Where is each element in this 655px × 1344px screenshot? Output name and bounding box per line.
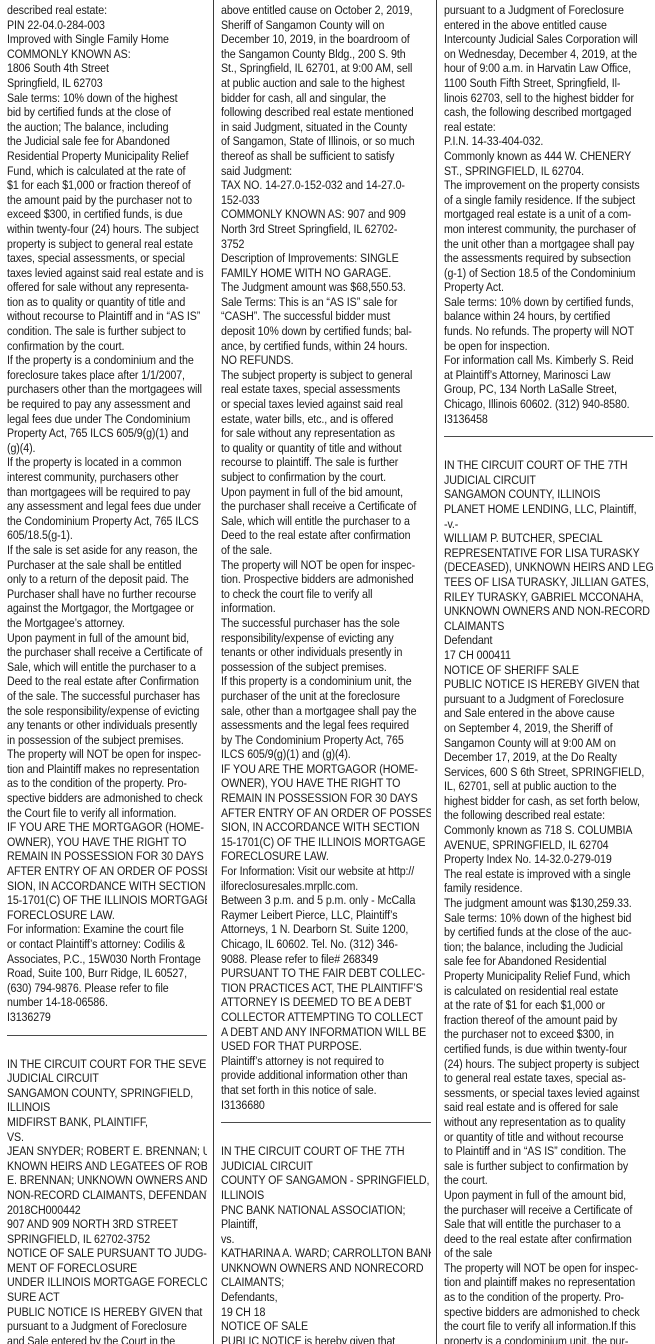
notice-text-line: linois 62703, sell to the highest bidder… xyxy=(444,91,624,106)
notice-text-line: tion and Plaintiff makes no representati… xyxy=(7,762,179,777)
notice-text-line: IL, 62701, sell at public auction to the xyxy=(444,779,624,794)
notice-text-line: confirmation by the court. xyxy=(7,339,179,354)
notice-text-line: ILCS 605/9(g)(1) and (g)(4). xyxy=(221,747,402,762)
notice-text-line: MIDFIRST BANK, PLAINTIFF, xyxy=(7,1115,179,1130)
notice-text-line: Commonly known as 718 S. COLUMBIA xyxy=(444,823,624,838)
notice-text-line: condition. The sale is further subject t… xyxy=(7,324,179,339)
notice-text-line: For Information: Visit our website at ht… xyxy=(221,864,402,879)
notice-text-line: 15-1701(C) OF THE ILLINOIS MORTGAGE xyxy=(7,893,179,908)
notice-text-line: 2018CH000442 xyxy=(7,1203,179,1218)
notice-text-line: SION, IN ACCORDANCE WITH SECTION xyxy=(221,820,402,835)
notice-text-line: UNKNOWN OWNERS AND NONRECORD xyxy=(221,1261,402,1276)
notice-text-line: recourse to plaintiff. The sale is furth… xyxy=(221,455,402,470)
notice-text-line: as to the condition of the property. Pro… xyxy=(7,776,179,791)
notice-text-line: AFTER ENTRY OF AN ORDER OF POSSES- xyxy=(221,806,402,821)
notice-text-line: IF YOU ARE THE MORTGAGOR (HOME- xyxy=(221,762,402,777)
notice-text-line: said Judgment: xyxy=(221,164,402,179)
notice-text-line: (g-1) of Section 18.5 of the Condominium xyxy=(444,266,624,281)
notice-text-line: to quality or quantity of title and with… xyxy=(221,441,402,456)
notice-text-line: NOTICE OF SALE PURSUANT TO JUDG- xyxy=(7,1246,179,1261)
notice-text-line: the purchaser shall receive a Certificat… xyxy=(221,499,402,514)
notice-text-line: IN THE CIRCUIT COURT OF THE 7TH xyxy=(444,458,624,473)
notice-text-line: on September 4, 2019, the Sheriff of xyxy=(444,721,624,736)
legal-notice: pursuant to a Judgment of Foreclosureent… xyxy=(444,3,653,426)
notice-text-line: Upon payment in full of the amount bid, xyxy=(7,631,179,646)
notice-text-line: Sale, which will entitle the purchaser t… xyxy=(7,660,179,675)
notice-text-line: Springfield, IL 62703 xyxy=(7,76,179,91)
notice-text-line: 605/18.5(g-1). xyxy=(7,528,179,543)
notice-text-line: spective bidders are admonished to check xyxy=(444,1305,624,1320)
notice-text-line: 152-033 xyxy=(221,193,402,208)
notice-text-line: the Condominium Property Act, 765 ILCS xyxy=(7,514,179,529)
notice-text-line: Sangamon County will at 9:00 AM on xyxy=(444,736,624,751)
notice-text-line: NON-RECORD CLAIMANTS, DEFENDANTS. xyxy=(7,1188,179,1203)
notice-text-line: REPRESENTATIVE FOR LISA TURASKY xyxy=(444,546,624,561)
notice-text-line: UNDER ILLINOIS MORTGAGE FORECLO- xyxy=(7,1275,179,1290)
notice-text-line: If the property is located in a common xyxy=(7,455,179,470)
notice-text-line: December 10, 2019, in the boardroom of xyxy=(221,32,402,47)
notice-text-line: tenants or other individuals presently i… xyxy=(221,645,402,660)
notice-text-line: ance, by certified funds, within 24 hour… xyxy=(221,339,402,354)
notice-text-line: tion; the balance, including the Judicia… xyxy=(444,940,624,955)
notice-text-line: pursuant to a Judgment of Foreclosure xyxy=(444,3,624,18)
notice-text-line: only to a return of the deposit paid. Th… xyxy=(7,572,179,587)
notice-text-line: A DEBT AND ANY INFORMATION WILL BE xyxy=(221,1025,402,1040)
notice-text-line: SION, IN ACCORDANCE WITH SECTION xyxy=(7,879,179,894)
notice-text-line: SANGAMON COUNTY, ILLINOIS xyxy=(444,487,624,502)
notice-text-line: (630) 794-9876. Please refer to file xyxy=(7,981,179,996)
notice-text-line: The property will NOT be open for inspec… xyxy=(221,558,402,573)
notice-text-line: of the sale xyxy=(444,1246,624,1261)
notice-text-line: provide additional information other tha… xyxy=(221,1068,402,1083)
notice-text-line: Purchaser shall have no further recourse xyxy=(7,587,179,602)
notice-text-line: COMMONLY KNOWN AS: 907 and 909 xyxy=(221,207,402,222)
notice-text-line: For information call Ms. Kimberly S. Rei… xyxy=(444,353,624,368)
notice-text-line: IN THE CIRCUIT COURT FOR THE SEVENTH xyxy=(7,1057,179,1072)
notice-text-line: the amount paid by the purchaser not to xyxy=(7,193,179,208)
notice-text-line: highest bidder for cash, as set forth be… xyxy=(444,794,624,809)
notice-text-line: JEAN SNYDER; ROBERT E. BRENNAN; UN- xyxy=(7,1144,179,1159)
notice-text-line: legal fees due under The Condominium xyxy=(7,412,179,427)
notice-text-line: If the property is a condominium and the xyxy=(7,353,179,368)
notice-text-line: Sale that will entitle the purchaser to … xyxy=(444,1217,624,1232)
notice-text-line: and Sale entered by the Court in the xyxy=(7,1334,179,1344)
notice-separator-rule xyxy=(221,1122,431,1123)
notice-text-line: or special taxes levied against said rea… xyxy=(221,397,402,412)
notice-text-line: Property Act. xyxy=(444,280,624,295)
notice-text-line: Services, 600 S 6th Street, SPRINGFIELD, xyxy=(444,765,624,780)
notice-text-line: funds. No refunds. The property will NOT xyxy=(444,324,624,339)
notice-text-line: FAMILY HOME WITH NO GARAGE. xyxy=(221,266,402,281)
notice-text-line: PURSUANT TO THE FAIR DEBT COLLEC- xyxy=(221,966,402,981)
notice-text-line: SANGAMON COUNTY, SPRINGFIELD, xyxy=(7,1086,179,1101)
notice-text-line: UNKNOWN OWNERS AND NON-RECORD xyxy=(444,604,624,619)
notice-text-line: Sale terms: 10% down of the highest bid xyxy=(444,911,624,926)
notice-text-line: TAX NO. 14-27.0-152-032 and 14-27.0- xyxy=(221,178,402,193)
notice-text-line: family residence. xyxy=(444,881,624,896)
notice-text-line: any assessment and legal fees due under xyxy=(7,499,179,514)
notice-text-line: I3136680 xyxy=(221,1098,402,1113)
notice-text-line: balance within 24 hours, by certified xyxy=(444,309,624,324)
column-divider xyxy=(213,0,214,1344)
notice-text-line: Upon payment in full of the amount bid, xyxy=(444,1188,624,1203)
notice-text-line: subject to confirmation by the court. xyxy=(221,470,402,485)
notice-text-line: possession of the subject premises. xyxy=(221,660,402,675)
notice-text-line: the Sangamon County Bldg., 200 S. 9th xyxy=(221,47,402,62)
notice-text-line: sale is further subject to confirmation … xyxy=(444,1159,624,1174)
notice-text-line: real estate taxes, special assessments xyxy=(221,382,402,397)
notice-text-line: mon interest community, the purchaser of xyxy=(444,222,624,237)
notice-text-line: sale fee for Abandoned Residential xyxy=(444,954,624,969)
notice-text-line: in said Judgment, situated in the County xyxy=(221,120,402,135)
notice-text-line: sale, other than a mortgagee shall pay t… xyxy=(221,704,402,719)
notice-text-line: (DECEASED), UNKNOWN HEIRS AND LEGA- xyxy=(444,560,624,575)
notice-text-line: as to the condition of the property. Pro… xyxy=(444,1290,624,1305)
notice-text-line: ilforeclosuresales.mrpllc.com. xyxy=(221,879,402,894)
notice-text-line: VS. xyxy=(7,1130,179,1145)
notice-text-line: Sale terms: 10% down by certified funds, xyxy=(444,295,624,310)
notice-text-line: “CASH”. The successful bidder must xyxy=(221,309,402,324)
notice-text-line: Road, Suite 100, Burr Ridge, IL 60527, xyxy=(7,966,179,981)
notice-text-line: CLAIMANTS; xyxy=(221,1275,402,1290)
notice-text-line: described real estate: xyxy=(7,3,179,18)
notice-text-line: 19 CH 18 xyxy=(221,1305,402,1320)
notice-text-line: said real estate and is offered for sale xyxy=(444,1100,624,1115)
notice-text-line: estate, water bills, etc., and is offere… xyxy=(221,412,402,427)
column-2: above entitled cause on October 2, 2019,… xyxy=(221,3,431,1344)
notice-text-line: be open for inspection. xyxy=(444,339,624,354)
notice-text-line: the unit other than a mortgagee shall pa… xyxy=(444,237,624,252)
notice-text-line: The real estate is improved with a singl… xyxy=(444,867,624,882)
notice-text-line: Commonly known as 444 W. CHENERY xyxy=(444,149,624,164)
notice-text-line: 907 AND 909 NORTH 3RD STREET xyxy=(7,1217,179,1232)
notice-text-line: The property will NOT be open for inspec… xyxy=(7,747,179,762)
notice-text-line: If this property is a condominium unit, … xyxy=(221,674,402,689)
legal-notice: IN THE CIRCUIT COURT FOR THE SEVENTHJUDI… xyxy=(7,1057,207,1344)
notice-text-line: NO REFUNDS. xyxy=(221,353,402,368)
notice-text-line: I3136279 xyxy=(7,1010,179,1025)
notice-text-line: ILLINOIS xyxy=(221,1188,402,1203)
notice-text-line: St., Springfield, IL 62701, at 9:00 AM, … xyxy=(221,61,402,76)
column-1: described real estate:PIN 22-04.0-284-00… xyxy=(7,3,207,1344)
notice-text-line: Property Act, 765 ILCS 605/9(g)(1) and xyxy=(7,426,179,441)
notice-text-line: JUDICIAL CIRCUIT xyxy=(444,473,624,488)
notice-text-line: OWNER), YOU HAVE THE RIGHT TO xyxy=(221,776,402,791)
notice-text-line: AVENUE, SPRINGFIELD, IL 62704 xyxy=(444,838,624,853)
notice-text-line: vs. xyxy=(221,1232,402,1247)
notice-text-line: Deed to the real estate after Confirmati… xyxy=(7,674,179,689)
notice-text-line: The judgment amount was $130,259.33. xyxy=(444,896,624,911)
notice-text-line: the purchaser will receive a Certificate… xyxy=(444,1203,624,1218)
notice-text-line: without recourse to Plaintiff and in “AS… xyxy=(7,309,179,324)
notice-text-line: OWNER), YOU HAVE THE RIGHT TO xyxy=(7,835,179,850)
notice-text-line: responsibility/expense of evicting any xyxy=(221,631,402,646)
notice-text-line: PUBLIC NOTICE is hereby given that xyxy=(221,1334,402,1344)
notice-text-line: to check the court file to verify all xyxy=(221,587,402,602)
notice-text-line: MENT OF FORECLOSURE xyxy=(7,1261,179,1276)
notice-text-line: North 3rd Street Springfield, IL 62702- xyxy=(221,222,402,237)
notice-text-line: ILLINOIS xyxy=(7,1100,179,1115)
notice-text-line: deposit 10% down by certified funds; bal… xyxy=(221,324,402,339)
notice-text-line: Property Index No. 14-32.0-279-019 xyxy=(444,852,624,867)
notice-text-line: bid by certified funds at the close of xyxy=(7,105,179,120)
notice-text-line: PUBLIC NOTICE IS HEREBY GIVEN that xyxy=(7,1305,179,1320)
notice-text-line: hour of 9:00 a.m. in Harvatin Law Office… xyxy=(444,61,624,76)
notice-text-line: IF YOU ARE THE MORTGAGOR (HOME- xyxy=(7,820,179,835)
notice-text-line: tion as to quality or quantity of title … xyxy=(7,295,179,310)
notice-text-line: RILEY TURASKY, GABRIEL MCCONAHA, xyxy=(444,590,624,605)
notice-text-line: Sale terms: 10% down of the highest xyxy=(7,91,179,106)
notice-text-line: Defendant xyxy=(444,633,624,648)
notice-text-line: (g)(4). xyxy=(7,441,179,456)
notice-text-line: to Plaintiff and in “AS IS” condition. T… xyxy=(444,1144,624,1159)
notice-text-line: Sale Terms: This is an “AS IS” sale for xyxy=(221,295,402,310)
notice-text-line: 9088. Please refer to file# 268349 xyxy=(221,952,402,967)
legal-notice: IN THE CIRCUIT COURT OF THE 7THJUDICIAL … xyxy=(444,458,653,1344)
notice-text-line: above entitled cause on October 2, 2019, xyxy=(221,3,402,18)
notice-text-line: the court. xyxy=(444,1173,624,1188)
notice-text-line: The property will NOT be open for inspec… xyxy=(444,1261,624,1276)
notice-text-line: taxes levied against said real estate an… xyxy=(7,266,179,281)
notice-text-line: Plaintiff’s attorney is not required to xyxy=(221,1054,402,1069)
notice-text-line: the sole responsibility/expense of evict… xyxy=(7,704,179,719)
notice-text-line: REMAIN IN POSSESSION FOR 30 DAYS xyxy=(221,791,402,806)
notice-text-line: for sale without any representation as xyxy=(221,426,402,441)
notice-text-line: Sheriff of Sangamon County will on xyxy=(221,18,402,33)
notice-text-line: The successful purchaser has the sole xyxy=(221,616,402,631)
notice-text-line: exceed $300, in certified funds, is due xyxy=(7,207,179,222)
notice-text-line: mortgaged real estate is a unit of a com… xyxy=(444,207,624,222)
notice-text-line: Plaintiff, xyxy=(221,1217,402,1232)
notice-text-line: purchasers other than the mortgagees wil… xyxy=(7,382,179,397)
notice-text-line: P.I.N. 14-33-404-032. xyxy=(444,134,624,149)
notice-text-line: the purchaser shall receive a Certificat… xyxy=(7,645,179,660)
notice-text-line: and Sale entered in the above cause xyxy=(444,706,624,721)
notice-text-line: at the rate of $1 for each $1,000 or xyxy=(444,998,624,1013)
notice-text-line: KATHARINA A. WARD; CARROLLTON BANK; xyxy=(221,1246,402,1261)
notice-text-line: Improved with Single Family Home xyxy=(7,32,179,47)
notice-text-line: by certified funds at the close of the a… xyxy=(444,925,624,940)
notice-text-line: property is a condominium unit, the pur- xyxy=(444,1334,624,1344)
notice-text-line: (24) hours. The subject property is subj… xyxy=(444,1057,624,1072)
notice-text-line: 17 CH 000411 xyxy=(444,648,624,663)
notice-text-line: pursuant to a Judgment of Foreclosure xyxy=(444,692,624,707)
notice-text-line: within twenty-four (24) hours. The subje… xyxy=(7,222,179,237)
notice-text-line: Purchaser at the sale shall be entitled xyxy=(7,558,179,573)
notice-text-line: number 14-18-06586. xyxy=(7,995,179,1010)
notice-text-line: E. BRENNAN; UNKNOWN OWNERS AND xyxy=(7,1173,179,1188)
legal-notice: described real estate:PIN 22-04.0-284-00… xyxy=(7,3,207,1025)
notice-text-line: be required to pay any assessment and xyxy=(7,397,179,412)
notice-text-line: AFTER ENTRY OF AN ORDER OF POSSES- xyxy=(7,864,179,879)
notice-text-line: $1 for each $1,000 or fraction thereof o… xyxy=(7,178,179,193)
notice-text-line: -v.- xyxy=(444,517,624,532)
notice-text-line: Associates, P.C., 15W030 North Frontage xyxy=(7,952,179,967)
notice-text-line: Chicago, Illinois 60602. (312) 940-8580. xyxy=(444,397,624,412)
column-3: pursuant to a Judgment of Foreclosureent… xyxy=(444,3,653,1344)
notice-text-line: to general real estate taxes, special as… xyxy=(444,1071,624,1086)
notice-text-line: assessments and the legal fees required xyxy=(221,718,402,733)
notice-text-line: Upon payment in full of the bid amount, xyxy=(221,485,402,500)
notice-text-line: the Judicial sale fee for Abandoned xyxy=(7,134,179,149)
notice-text-line: 1100 South Fifth Street, Springfield, Il… xyxy=(444,76,624,91)
notice-text-line: tion. Prospective bidders are admonished xyxy=(221,572,402,587)
notice-text-line: is calculated on residential real estate xyxy=(444,984,624,999)
notice-text-line: of a single family residence. If the sub… xyxy=(444,193,624,208)
legal-notices-page: described real estate:PIN 22-04.0-284-00… xyxy=(0,0,655,1344)
notice-text-line: on Wednesday, December 4, 2019, at the xyxy=(444,47,624,62)
notice-text-line: taxes, special assessments, or special xyxy=(7,251,179,266)
notice-text-line: interest community, purchasers other xyxy=(7,470,179,485)
notice-text-line: SPRINGFIELD, IL 62702-3752 xyxy=(7,1232,179,1247)
notice-text-line: The improvement on the property consists xyxy=(444,178,624,193)
notice-text-line: offered for sale without any representa- xyxy=(7,280,179,295)
notice-text-line: PIN 22-04.0-284-003 xyxy=(7,18,179,33)
notice-text-line: Between 3 p.m. and 5 p.m. only - McCalla xyxy=(221,893,402,908)
notice-text-line: of Sangamon, State of Illinois, or so mu… xyxy=(221,134,402,149)
notice-text-line: the auction; The balance, including xyxy=(7,120,179,135)
notice-text-line: If the sale is set aside for any reason,… xyxy=(7,543,179,558)
notice-text-line: that set forth in this notice of sale. xyxy=(221,1083,402,1098)
notice-text-line: without any representation as to quality xyxy=(444,1115,624,1130)
notice-text-line: certified funds, is due within twenty-fo… xyxy=(444,1042,624,1057)
notice-text-line: IN THE CIRCUIT COURT OF THE 7TH xyxy=(221,1144,402,1159)
notice-text-line: REMAIN IN POSSESSION FOR 30 DAYS xyxy=(7,849,179,864)
notice-text-line: For information: Examine the court file xyxy=(7,922,179,937)
notice-text-line: in possession of the subject premises. xyxy=(7,733,179,748)
notice-text-line: spective bidders are admonished to check xyxy=(7,791,179,806)
notice-text-line: FORECLOSURE LAW. xyxy=(7,908,179,923)
notice-text-line: tion and plaintiff makes no representati… xyxy=(444,1275,624,1290)
notice-separator-rule xyxy=(444,436,653,437)
notice-text-line: PUBLIC NOTICE IS HEREBY GIVEN that xyxy=(444,677,624,692)
notice-text-line: Chicago, IL 60602. Tel. No. (312) 346- xyxy=(221,937,402,952)
notice-text-line: pursuant to a Judgment of Foreclosure xyxy=(7,1319,179,1334)
notice-text-line: or contact Plaintiff’s attorney: Codilis… xyxy=(7,937,179,952)
notice-text-line: thereof as shall be sufficient to satisf… xyxy=(221,149,402,164)
notice-text-line: PLANET HOME LENDING, LLC, Plaintiff, xyxy=(444,502,624,517)
notice-text-line: the following described real estate: xyxy=(444,808,624,823)
notice-text-line: 15-1701(C) OF THE ILLINOIS MORTGAGE xyxy=(221,835,402,850)
notice-text-line: NOTICE OF SHERIFF SALE xyxy=(444,663,624,678)
notice-text-line: against the Mortgagor, the Mortgagee or xyxy=(7,601,179,616)
notice-text-line: TEES OF LISA TURASKY, JILLIAN GATES, xyxy=(444,575,624,590)
notice-text-line: bidder for cash, all and singular, the xyxy=(221,91,402,106)
notice-text-line: Group, PC, 134 North LaSalle Street, xyxy=(444,382,624,397)
notice-text-line: of the sale. xyxy=(221,543,402,558)
notice-text-line: the Court file to verify all information… xyxy=(7,806,179,821)
notice-text-line: CLAIMANTS xyxy=(444,619,624,634)
notice-text-line: cash, the following described mortgaged xyxy=(444,105,624,120)
notice-text-line: KNOWN HEIRS AND LEGATEES OF ROBERT xyxy=(7,1159,179,1174)
notice-text-line: information. xyxy=(221,601,402,616)
notice-text-line: any tenants or other individuals present… xyxy=(7,718,179,733)
notice-text-line: Property Municipality Relief Fund, which xyxy=(444,969,624,984)
notice-text-line: FORECLOSURE LAW. xyxy=(221,849,402,864)
notice-text-line: Residential Property Municipality Relief xyxy=(7,149,179,164)
notice-text-line: at Plaintiff’s Attorney, Marinosci Law xyxy=(444,368,624,383)
notice-text-line: Defendants, xyxy=(221,1290,402,1305)
legal-notice: IN THE CIRCUIT COURT OF THE 7THJUDICIAL … xyxy=(221,1144,431,1344)
notice-text-line: ATTORNEY IS DEEMED TO BE A DEBT xyxy=(221,995,402,1010)
notice-separator-rule xyxy=(7,1035,207,1036)
notice-text-line: Deed to the real estate after confirmati… xyxy=(221,528,402,543)
notice-text-line: COUNTY OF SANGAMON - SPRINGFIELD, xyxy=(221,1173,402,1188)
notice-text-line: 3752 xyxy=(221,237,402,252)
notice-text-line: JUDICIAL CIRCUIT xyxy=(221,1159,402,1174)
notice-text-line: ST., SPRINGFIELD, IL 62704. xyxy=(444,164,624,179)
notice-text-line: purchaser of the unit at the foreclosure xyxy=(221,689,402,704)
notice-text-line: the Mortgagee’s attorney. xyxy=(7,616,179,631)
notice-text-line: The subject property is subject to gener… xyxy=(221,368,402,383)
notice-text-line: The Judgment amount was $68,550.53. xyxy=(221,280,402,295)
notice-text-line: sessments, or special taxes levied again… xyxy=(444,1086,624,1101)
notice-text-line: JUDICIAL CIRCUIT xyxy=(7,1071,179,1086)
notice-text-line: NOTICE OF SALE xyxy=(221,1319,402,1334)
notice-text-line: Attorneys, 1 N. Dearborn St. Suite 1200, xyxy=(221,922,402,937)
notice-text-line: real estate: xyxy=(444,120,624,135)
notice-text-line: SURE ACT xyxy=(7,1290,179,1305)
notice-text-line: Fund, which is calculated at the rate of xyxy=(7,164,179,179)
notice-text-line: property is subject to general real esta… xyxy=(7,237,179,252)
column-divider xyxy=(436,0,437,1344)
notice-text-line: I3136458 xyxy=(444,412,624,427)
notice-text-line: Intercounty Judicial Sales Corporation w… xyxy=(444,32,624,47)
notice-text-line: Description of Improvements: SINGLE xyxy=(221,251,402,266)
notice-text-line: 1806 South 4th Street xyxy=(7,61,179,76)
legal-notice: above entitled cause on October 2, 2019,… xyxy=(221,3,431,1112)
notice-text-line: December 17, 2019, at the Do Realty xyxy=(444,750,624,765)
notice-text-line: or quantity of title and without recours… xyxy=(444,1130,624,1145)
notice-text-line: Sale, which will entitle the purchaser t… xyxy=(221,514,402,529)
notice-text-line: at public auction and sale to the highes… xyxy=(221,76,402,91)
notice-text-line: Raymer Leibert Pierce, LLC, Plaintiff’s xyxy=(221,908,402,923)
notice-text-line: COLLECTOR ATTEMPTING TO COLLECT xyxy=(221,1010,402,1025)
notice-text-line: by The Condominium Property Act, 765 xyxy=(221,733,402,748)
notice-text-line: foreclosure takes place after 1/1/2007, xyxy=(7,368,179,383)
notice-text-line: deed to the real estate after confirmati… xyxy=(444,1232,624,1247)
notice-text-line: following described real estate mentione… xyxy=(221,105,402,120)
notice-text-line: PNC BANK NATIONAL ASSOCIATION; xyxy=(221,1203,402,1218)
notice-text-line: COMMONLY KNOWN AS: xyxy=(7,47,179,62)
notice-text-line: WILLIAM P. BUTCHER, SPECIAL xyxy=(444,531,624,546)
notice-text-line: than mortgagees will be required to pay xyxy=(7,485,179,500)
notice-text-line: USED FOR THAT PURPOSE. xyxy=(221,1039,402,1054)
notice-text-line: the purchaser not to exceed $300, in xyxy=(444,1027,624,1042)
notice-text-line: fraction thereof of the amount paid by xyxy=(444,1013,624,1028)
notice-text-line: entered in the above entitled cause xyxy=(444,18,624,33)
notice-text-line: the assessments required by subsection xyxy=(444,251,624,266)
notice-text-line: TION PRACTICES ACT, THE PLAINTIFF’S xyxy=(221,981,402,996)
notice-text-line: the court file to verify all information… xyxy=(444,1319,624,1334)
notice-text-line: of the sale. The successful purchaser ha… xyxy=(7,689,179,704)
